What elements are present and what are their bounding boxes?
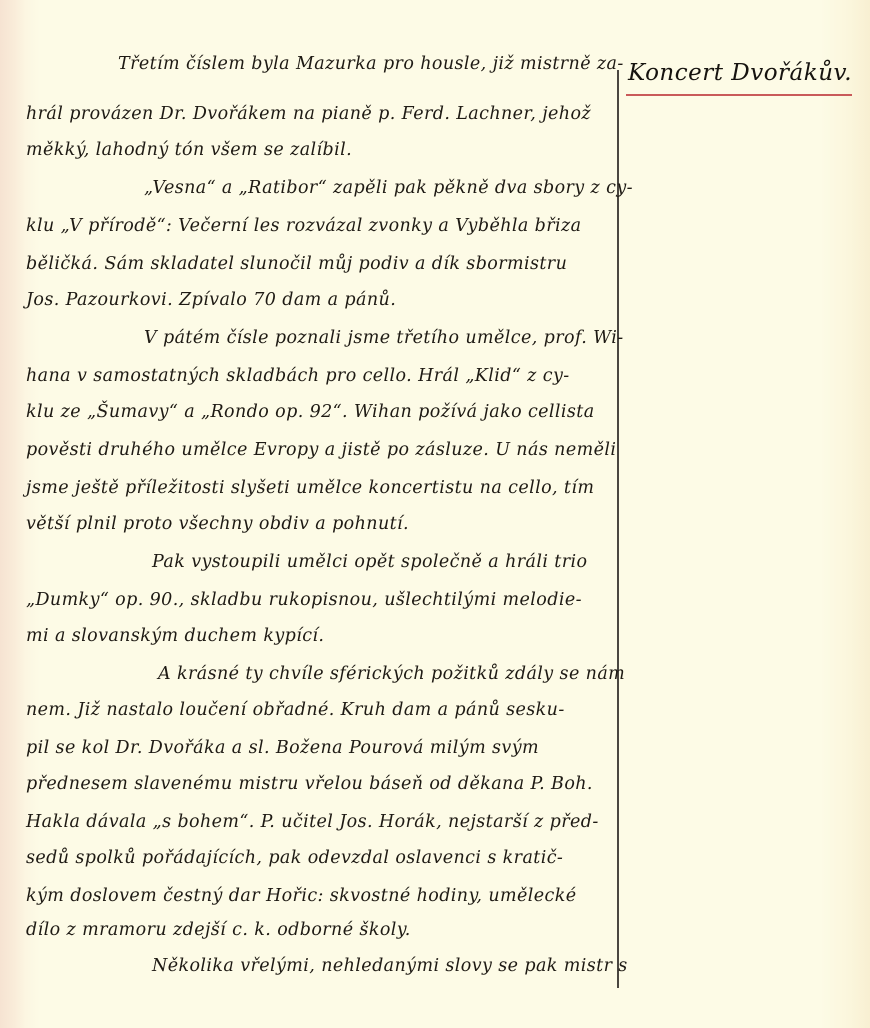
manuscript-line: pověsti druhého umělce Evropy a jistě po… bbox=[26, 442, 616, 460]
manuscript-line: běličká. Sám skladatel slunočil můj podi… bbox=[26, 256, 567, 274]
manuscript-line: Několika vřelými, nehledanými slovy se p… bbox=[26, 958, 628, 976]
manuscript-line: měkký, lahodný tón všem se zalíbil. bbox=[26, 142, 352, 160]
manuscript-line: klu ze „Šumavy“ a „Rondo op. 92“. Wihan … bbox=[26, 404, 595, 422]
manuscript-line: Hakla dávala „s bohem“. P. učitel Jos. H… bbox=[26, 814, 599, 832]
manuscript-line: Třetím číslem byla Mazurka pro housle, j… bbox=[26, 56, 624, 74]
margin-heading-underline bbox=[626, 94, 852, 96]
manuscript-line: větší plnil proto všechny obdiv a pohnut… bbox=[26, 516, 409, 534]
manuscript-line: přednesem slavenému mistru vřelou báseň … bbox=[26, 776, 593, 794]
manuscript-line: kým doslovem čestný dar Hořic: skvostné … bbox=[26, 888, 576, 906]
manuscript-line: hana v samostatných skladbách pro cello.… bbox=[26, 368, 570, 386]
manuscript-line: V pátém čísle poznali jsme třetího umělc… bbox=[26, 330, 624, 348]
manuscript-line: klu „V přírodě“: Večerní les rozvázal zv… bbox=[26, 218, 582, 236]
manuscript-line: mi a slovanským duchem kypící. bbox=[26, 628, 324, 646]
manuscript-line: Jos. Pazourkovi. Zpívalo 70 dam a pánů. bbox=[26, 292, 396, 310]
manuscript-line: „Dumky“ op. 90., skladbu rukopisnou, ušl… bbox=[26, 592, 582, 610]
margin-divider-line bbox=[617, 70, 619, 988]
manuscript-line: A krásné ty chvíle sférických požitků zd… bbox=[26, 666, 625, 684]
manuscript-line: dílo z mramoru zdejší c. k. odborné škol… bbox=[26, 922, 411, 940]
margin-heading: Koncert Dvořákův. bbox=[628, 60, 864, 86]
manuscript-line: jsme ještě příležitosti slyšeti umělce k… bbox=[26, 480, 594, 498]
manuscript-line: „Vesna“ a „Ratibor“ zapěli pak pěkně dva… bbox=[26, 180, 633, 198]
manuscript-line: pil se kol Dr. Dvořáka a sl. Božena Pour… bbox=[26, 740, 539, 758]
manuscript-line: Pak vystoupili umělci opět společně a hr… bbox=[26, 554, 587, 572]
manuscript-line: nem. Již nastalo loučení obřadné. Kruh d… bbox=[26, 702, 565, 720]
manuscript-line: sedů spolků pořádajících, pak odevzdal o… bbox=[26, 850, 563, 868]
manuscript-line: hrál provázen Dr. Dvořákem na pianě p. F… bbox=[26, 106, 591, 124]
